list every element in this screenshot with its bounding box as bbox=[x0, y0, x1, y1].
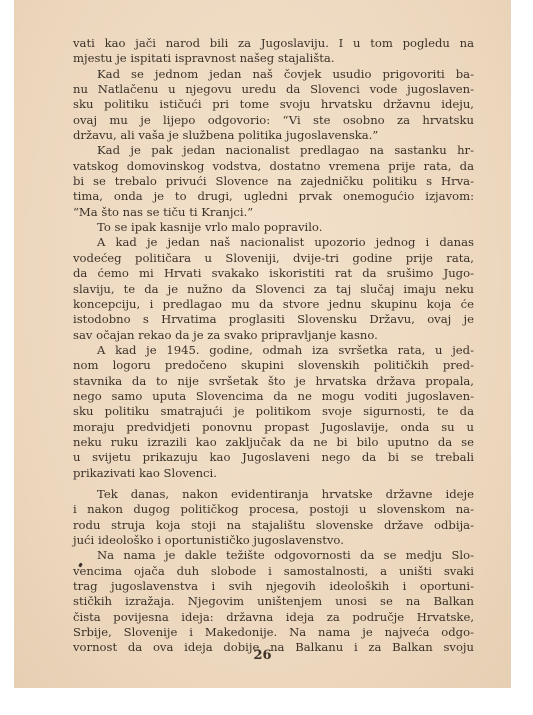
text-line: rodu struja koja stoji na stajalištu slo… bbox=[73, 518, 474, 533]
text-line: A kad je 1945. godine, odmah iza svršetk… bbox=[73, 343, 474, 358]
text-line: sav očajan rekao da je za svako pripravl… bbox=[73, 328, 474, 343]
paragraph: Kad se jednom jedan naš čovjek usudio pr… bbox=[73, 67, 474, 144]
text-line: vatskog domovinskog vodstva, dostatno vr… bbox=[73, 159, 474, 174]
text-line: da ćemo mi Hrvati svakako iskoristiti ra… bbox=[73, 266, 474, 281]
text-line: neku ruku izrazili kao zaključak da ne b… bbox=[73, 435, 474, 450]
text-line: istodobno s Hrvatima proglasiti Slovensk… bbox=[73, 312, 474, 327]
text-line: Tek danas, nakon evidentiranja hrvatske … bbox=[73, 487, 474, 502]
text-line: stavnika da to nije svršetak što je hrva… bbox=[73, 374, 474, 389]
paragraph: A kad je jedan naš nacionalist upozorio … bbox=[73, 235, 474, 342]
book-page: vati kao jači narod bili za Jugoslaviju.… bbox=[14, 0, 511, 688]
text-line: trag jugoslavenstva i svih njegovih ideo… bbox=[73, 579, 474, 594]
text-line: ovaj mu je lijepo odgovorio: “Vi ste oso… bbox=[73, 113, 474, 128]
text-line: i nakon dugog političkog procesa, postoj… bbox=[73, 502, 474, 517]
text-line: koncepciju, i predlagao mu da stvore jed… bbox=[73, 297, 474, 312]
paragraph: A kad je 1945. godine, odmah iza svršetk… bbox=[73, 343, 474, 481]
text-line: Srbije, Slovenije i Makedonije. Na nama … bbox=[73, 625, 474, 640]
text-line: stičkih izražaja. Njegovim uništenjem un… bbox=[73, 594, 474, 609]
text-line: čista povijesna ideja: državna ideja za … bbox=[73, 610, 474, 625]
text-line: Kad se jednom jedan naš čovjek usudio pr… bbox=[73, 67, 474, 82]
text-line: Na nama je dakle težište odgovornosti da… bbox=[73, 548, 474, 563]
text-line: prikazivati kao Slovenci. bbox=[73, 466, 474, 481]
text-line: u svijetu prikazuju kao Jugoslaveni nego… bbox=[73, 450, 474, 465]
text-line: moraju predvidjeti ponovnu propast Jugos… bbox=[73, 420, 474, 435]
text-line: sku politiku smatrajući je politikom svo… bbox=[73, 404, 474, 419]
text-line: “Ma što nas se tiču ti Kranjci.” bbox=[73, 205, 474, 220]
text-line: nu Natlačenu u njegovu uredu da Slovenci… bbox=[73, 82, 474, 97]
text-line: mjestu je ispitati ispravnost našeg staj… bbox=[73, 51, 474, 66]
paragraph: vati kao jači narod bili za Jugoslaviju.… bbox=[73, 36, 474, 67]
text-line: slaviju, te da je nužno da Slovenci za t… bbox=[73, 282, 474, 297]
text-line: nom logoru predočeno skupini slovenskih … bbox=[73, 358, 474, 373]
text-line: vencima ojača duh slobode i samostalnost… bbox=[73, 564, 474, 579]
text-line: A kad je jedan naš nacionalist upozorio … bbox=[73, 235, 474, 250]
text-line: bi se trebalo privući Slovence na zajedn… bbox=[73, 174, 474, 189]
text-line: sku politiku ističući pri tome svoju hrv… bbox=[73, 97, 474, 112]
paragraph: To se ipak kasnije vrlo malo popravilo. bbox=[73, 220, 474, 235]
text-line: To se ipak kasnije vrlo malo popravilo. bbox=[73, 220, 474, 235]
text-line: vati kao jači narod bili za Jugoslaviju.… bbox=[73, 36, 474, 51]
text-line: tima, onda je to drugi, ugledni prvak on… bbox=[73, 189, 474, 204]
text-line: nego samo uputa Slovencima da ne mogu vo… bbox=[73, 389, 474, 404]
body-text: vati kao jači narod bili za Jugoslaviju.… bbox=[73, 36, 474, 656]
text-line: vodećeg političara u Sloveniji, dvije-tr… bbox=[73, 251, 474, 266]
text-line: jući ideološko i oportunističko jugoslav… bbox=[73, 533, 474, 548]
paragraph: Na nama je dakle težište odgovornosti da… bbox=[73, 548, 474, 655]
page-number: 26 bbox=[14, 648, 511, 663]
paragraph: Tek danas, nakon evidentiranja hrvatske … bbox=[73, 487, 474, 548]
text-line: državu, ali vaša je službena politika ju… bbox=[73, 128, 474, 143]
text-line: Kad je pak jedan nacionalist predlagao n… bbox=[73, 143, 474, 158]
paragraph: Kad je pak jedan nacionalist predlagao n… bbox=[73, 143, 474, 220]
